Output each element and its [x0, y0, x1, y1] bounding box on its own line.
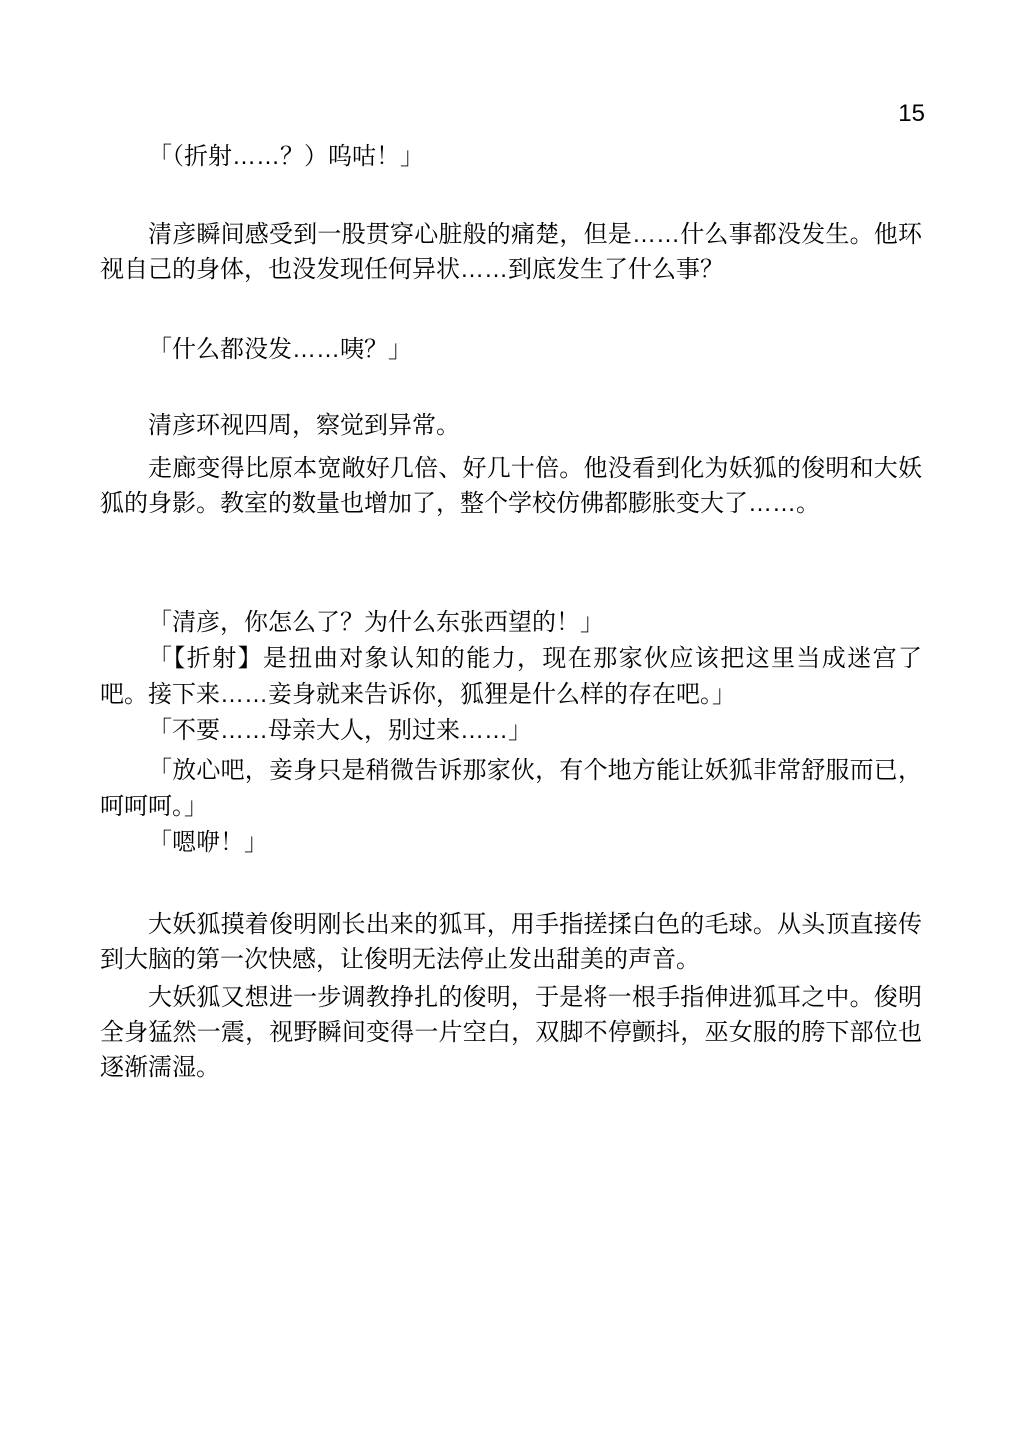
narration-paragraph: 大妖狐摸着俊明刚长出来的狐耳，用手指搓揉白色的毛球。从头顶直接传到大脑的第一次快… [100, 907, 922, 977]
dialogue-line: 「放心吧，妾身只是稍微告诉那家伙，有个地方能让妖狐非常舒服而已，呵呵呵。」 [100, 753, 922, 825]
narration-paragraph: 清彦瞬间感受到一股贯穿心脏般的痛楚，但是……什么事都没发生。他环视自己的身体，也… [100, 217, 922, 287]
narration-paragraph: 大妖狐又想进一步调教挣扎的俊明，于是将一根手指伸进狐耳之中。俊明全身猛然一震，视… [100, 980, 922, 1085]
dialogue-line: 「清彦，你怎么了？为什么东张西望的！」 [100, 605, 922, 641]
dialogue-line: 「不要……母亲大人，别过来……」 [100, 713, 922, 749]
dialogue-line: 「【折射】是扭曲对象认知的能力，现在那家伙应该把这里当成迷宫了吧。接下来……妾身… [100, 641, 922, 713]
page-content: 「（折射……？）呜咕！」 清彦瞬间感受到一股贯穿心脏般的痛楚，但是……什么事都没… [100, 0, 922, 1085]
narration-paragraph: 清彦环视四周，察觉到异常。 [100, 408, 922, 443]
dialogue-line: 「（折射……？）呜咕！」 [100, 139, 922, 175]
document-page: 15 「（折射……？）呜咕！」 清彦瞬间感受到一股贯穿心脏般的痛楚，但是……什么… [0, 0, 1024, 1449]
narration-paragraph: 走廊变得比原本宽敞好几倍、好几十倍。他没看到化为妖狐的俊明和大妖狐的身影。教室的… [100, 451, 922, 521]
dialogue-line: 「什么都没发……咦？」 [100, 332, 922, 368]
dialogue-line: 「嗯咿！」 [100, 825, 922, 861]
